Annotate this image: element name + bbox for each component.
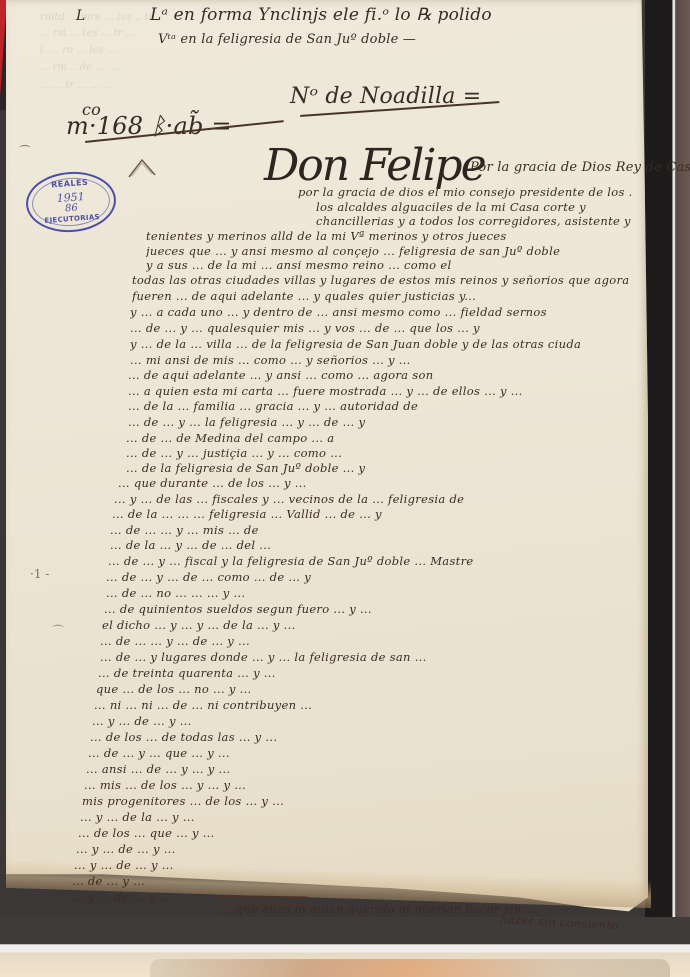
body-line: ... de ... y ... (72, 874, 636, 888)
body-line: ... de treinta quarenta ... y ... (98, 666, 632, 680)
decorative-initial-heading: Don Felipe (264, 140, 485, 191)
body-line: ... de ... no ... ... ... y ... (106, 586, 632, 600)
right-frame-edge (645, 0, 690, 977)
bleed-through-text: rnitd ... mre ... tes .. ti (40, 12, 152, 23)
header-line2: Vᵗᵃ en la feligresia de San Juº doble — (158, 32, 416, 47)
body-line: ... de ... y ... fiscal y la feligresia … (108, 554, 632, 568)
margin-mark: ·1 - (30, 567, 49, 581)
body-line: ... y ... de ... y ... (76, 842, 636, 856)
bleed-through-text: ... rst ... tes ... tr ... (40, 28, 135, 39)
heading-continuation: Por la gracia de Dios Rey de Castilla (470, 160, 690, 175)
body-line: ... de ... y ... que ... y ... (88, 746, 632, 760)
body-line: ... de quinientos sueldos segun fuero ..… (104, 602, 632, 616)
body-line: ... a quien esta mi carta ... fuere most… (128, 384, 632, 398)
body-line: ... de los ... de todas las ... y ... (90, 730, 632, 744)
body-line: los alcaldes alguaciles de la mi Casa co… (316, 200, 634, 214)
bottom-object (150, 959, 670, 977)
body-line: ... mis ... de los ... y ... y ... (84, 778, 632, 792)
body-line: y ... a cada uno ... y dentro de ... ans… (130, 305, 632, 319)
body-line: y a sus ... de la mi ... ansi mesmo rein… (146, 258, 634, 272)
body-line: ... ni ... ni ... de ... ni contribuyen … (94, 698, 632, 712)
bleed-through-text: ... ... tr ... ... ... (40, 80, 112, 91)
body-line: ... de la ... familia ... gracia ... y .… (128, 399, 632, 413)
bleed-through-text: l. ... rn ... les ... (40, 45, 116, 56)
body-line: ... de la ... y ... de ... del ... (110, 538, 632, 552)
body-line: ... de ... ... y ... de ... y ... (100, 634, 632, 648)
body-line: ... de la feligresia de San Juº doble ..… (126, 461, 632, 475)
margin-mark: ⌒ (52, 622, 64, 639)
body-line: ... de ... y ... qualesquier mis ... y v… (130, 321, 632, 335)
body-line: ... de ... y lugares donde ... y ... la … (100, 650, 632, 664)
body-line: ... y ... de ... y ... (92, 714, 632, 728)
body-line: ... y ... de la ... y ... (80, 810, 632, 824)
body-line: por la gracia de dios el mio consejo pre… (298, 185, 633, 199)
body-line: ... de los ... que ... y ... (78, 826, 634, 840)
body-line: ... de ... de Medina del campo ... a (126, 431, 632, 445)
body-line: ... de ... y ... de ... como ... de ... … (106, 570, 632, 584)
body-line: ... y ... de ... y ... (74, 858, 636, 872)
header-line1: Lᵃ en forma Ynclinjs ele fi.ᵒ lo ℞ polid… (150, 5, 492, 25)
body-line: mis progenitores ... de los ... y ... (82, 794, 632, 808)
body-line: ... de ... y ... la feligresia ... y ...… (128, 415, 632, 429)
body-line: ... de aqui adelante ... y ansi ... como… (128, 368, 632, 382)
body-line: ... que durante ... de los ... y ... (118, 476, 632, 490)
body-line: ... y ... de las ... fiscales y ... veci… (114, 492, 632, 506)
header-line1-prefix: L (76, 8, 86, 24)
body-line: todas las otras ciudades villas y lugare… (132, 273, 632, 287)
body-line: ... de ... y ... justiçia ... y ... como… (126, 446, 632, 460)
bleed-through-text: ... rm .. de ... .... (40, 62, 121, 73)
body-line: chancillerias y a todos los corregidores… (316, 214, 634, 228)
body-line: ... de la ... ... ... feligresia ... Val… (112, 507, 632, 521)
body-line: el dicho ... y ... y ... de la ... y ... (102, 618, 632, 632)
body-line: fueren ... de aqui adelante ... y quales… (132, 289, 632, 303)
body-line: ... de ... ... y ... mis ... de (110, 523, 632, 537)
body-line: tenientes y merinos alld de la mi Vª mer… (146, 229, 634, 243)
body-line: ... mi ansi de mis ... como ... y señori… (130, 353, 632, 367)
body-line: jueces que ... y ansi mesmo al conçejo .… (146, 244, 634, 258)
body-line: y ... de la ... villa ... de la feligres… (130, 337, 632, 351)
body-line: que ... de los ... no ... y ... (96, 682, 632, 696)
margin-mark: ⁀ (20, 145, 30, 159)
chevron-mark-icon (127, 157, 157, 179)
body-line: ... ansi ... de ... y ... y ... (86, 762, 632, 776)
